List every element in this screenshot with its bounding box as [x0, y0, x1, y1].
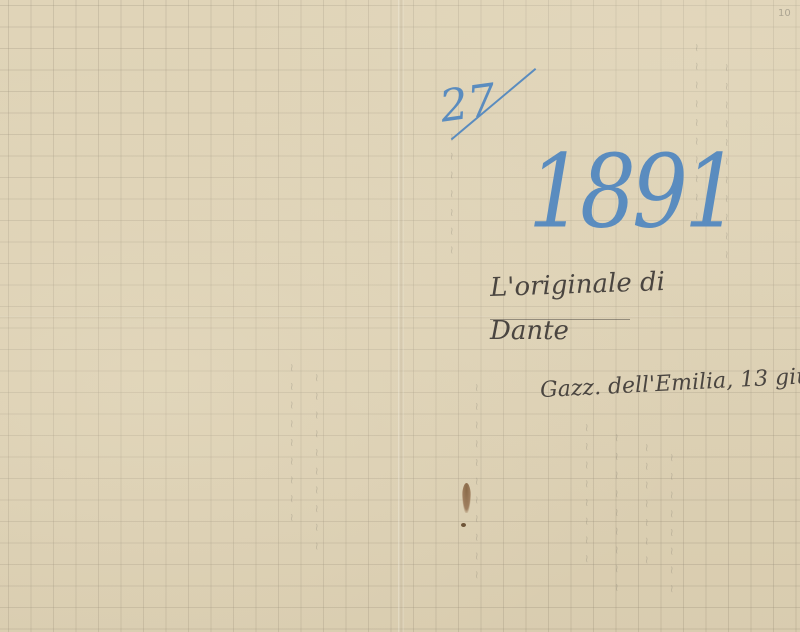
bleed-through-text: ~ ~ ~ ~ ~ ~ ~ [640, 440, 653, 565]
title-line-1: L'originale di [490, 267, 666, 303]
bleed-through-text: ~ ~ ~ ~ ~ ~ ~ ~ ~ [285, 360, 298, 522]
ink-stain-dot [461, 523, 466, 527]
bleed-through-text: ~ ~ ~ ~ ~ ~ ~ ~ [665, 450, 678, 593]
year-annotation: 1891 [528, 132, 736, 250]
bleed-through-text: ~ ~ ~ ~ ~ ~ ~ ~ [580, 420, 593, 563]
bleed-through-text: ~ ~ ~ ~ ~ ~ ~ ~ ~ ~ [310, 370, 323, 551]
corner-mark: 10 [778, 8, 791, 19]
document-sheet: ~ ~ ~ ~ ~ ~ ~ ~ ~ ~ ~ ~ ~ ~ ~ ~ ~ ~ ~ ~ … [0, 0, 800, 632]
bleed-through-text: ~ ~ ~ ~ ~ ~ ~ [445, 130, 458, 255]
source-citation: Gazz. dell'Emilia, 13 giugno [540, 362, 800, 403]
ink-stain [462, 483, 471, 513]
bleed-through-text: ~ ~ ~ ~ ~ ~ ~ ~ ~ [610, 430, 623, 592]
horizontal-fold [0, 316, 800, 319]
title-line-2: Dante [490, 316, 569, 346]
bleed-through-text: ~ ~ ~ ~ ~ ~ ~ ~ ~ ~ ~ [470, 380, 483, 579]
